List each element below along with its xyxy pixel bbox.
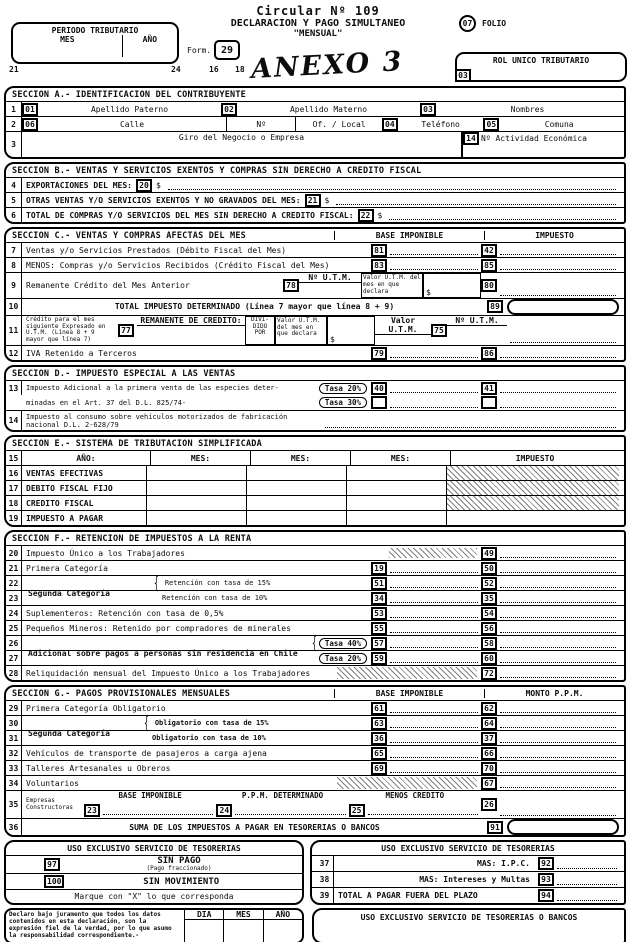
line-number: 39 bbox=[316, 888, 334, 903]
line-number: 38 bbox=[316, 872, 334, 887]
panel-title: USO EXCLUSIVO SERVICIO DE TESORERIAS bbox=[312, 842, 624, 855]
code-box: 78 bbox=[283, 279, 299, 292]
row-label: TOTAL DE COMPRAS Y/O SERVICIOS DEL MES S… bbox=[22, 210, 358, 221]
code-box: 92 bbox=[538, 857, 554, 870]
line-number: 35 bbox=[6, 791, 22, 818]
code-box: 36 bbox=[371, 732, 387, 745]
blocked-cell bbox=[389, 548, 477, 558]
entry-line[interactable] bbox=[557, 859, 617, 869]
base-entry-line[interactable] bbox=[390, 623, 478, 633]
entry-line[interactable] bbox=[325, 418, 617, 428]
line-number: 5 bbox=[6, 193, 22, 207]
field-apellido-paterno[interactable]: Apellido Paterno bbox=[38, 105, 221, 114]
code-box: 02 bbox=[221, 103, 237, 116]
period-mes-label[interactable]: MES bbox=[13, 35, 122, 57]
row-label-line2: minadas en el Art. 37 del D.L. 825/74- bbox=[22, 398, 319, 408]
code-box: 41 bbox=[481, 382, 497, 395]
code-box: 56 bbox=[481, 622, 497, 635]
section-b-title: SECCION B.- VENTAS Y SERVICIOS EXENTOS Y… bbox=[6, 164, 624, 177]
currency-sign: $ bbox=[321, 195, 334, 206]
section-c-title: SECCION C.- VENTAS Y COMPRAS AFECTAS DEL… bbox=[6, 229, 334, 242]
section-e-row-16: 16 VENTAS EFECTIVAS bbox=[6, 465, 624, 480]
section-a-title: SECCION A.- IDENTIFICACION DEL CONTRIBUY… bbox=[6, 88, 624, 101]
section-f-group-segunda: Segunda Categoría 22 { Retención con tas… bbox=[6, 575, 624, 605]
base-entry-line[interactable] bbox=[390, 608, 478, 618]
value-box[interactable] bbox=[371, 396, 387, 409]
line-number: 8 bbox=[6, 258, 22, 272]
line-number: 4 bbox=[6, 178, 22, 192]
row-label: IVA Retenido a Terceros bbox=[22, 348, 371, 359]
intereses-row: 38 MAS: Intereses y Multas 93 bbox=[312, 871, 624, 887]
impuesto-entry-line[interactable] bbox=[500, 260, 616, 270]
ipc-label: MAS: I.P.C. bbox=[334, 859, 538, 868]
date-cell-dia[interactable] bbox=[185, 920, 224, 942]
ipc-row: 37 MAS: I.P.C. 92 bbox=[312, 855, 624, 871]
base-entry-line[interactable] bbox=[390, 578, 478, 588]
section-f-row-23: 23 Retención con tasa de 10% 34 35 bbox=[6, 590, 624, 605]
row-label: Pequeños Mineros: Retenido por comprador… bbox=[22, 623, 371, 634]
section-e-row-19: 19 IMPUESTO A PAGAR bbox=[6, 510, 624, 525]
value-cell[interactable] bbox=[146, 481, 246, 495]
value-cell[interactable] bbox=[346, 481, 446, 495]
utm-value-note: Valor U.T.M. del mes en que declara bbox=[361, 273, 423, 298]
date-col-mes: MES bbox=[224, 910, 263, 919]
value-cell[interactable] bbox=[446, 511, 619, 525]
value-cell[interactable] bbox=[246, 466, 346, 480]
row-label: SUMA DE LOS IMPUESTOS A PAGAR EN TESORER… bbox=[22, 822, 487, 833]
tesoreria-left-panel: USO EXCLUSIVO SERVICIO DE TESORERIAS 97 … bbox=[4, 840, 304, 905]
entry-line[interactable] bbox=[510, 333, 616, 343]
section-g-row-30: 30 { Obligatorio con tasa de 15% 63 64 bbox=[6, 715, 624, 730]
section-c-row-7: 7 Ventas y/o Servicios Prestados (Débito… bbox=[6, 242, 624, 257]
code-box: 24 bbox=[216, 804, 232, 817]
row-label: Voluntarios bbox=[22, 778, 337, 789]
line-number: 1 bbox=[6, 102, 22, 116]
code-box: 34 bbox=[371, 592, 387, 605]
line-number: 7 bbox=[6, 243, 22, 257]
sin-movimiento-label[interactable]: SIN MOVIMIENTO bbox=[64, 877, 298, 887]
line-number: 37 bbox=[316, 856, 334, 871]
row-label: CREDITO FISCAL bbox=[22, 498, 146, 509]
row-label: Obligatorio con tasa de 15% bbox=[151, 718, 371, 728]
column-header-monto-ppm: MONTO P.P.M. bbox=[484, 689, 624, 698]
base-entry-line[interactable] bbox=[390, 733, 478, 743]
base-entry-line[interactable] bbox=[390, 638, 478, 648]
code-box: 75 bbox=[431, 324, 447, 337]
code-box: 65 bbox=[371, 747, 387, 760]
row-label: Suplementeros: Retención con tasa de 0,5… bbox=[22, 608, 371, 619]
monto-entry-line[interactable] bbox=[500, 806, 616, 816]
date-cell-ano[interactable] bbox=[264, 920, 302, 942]
section-f-row-24: 24 Suplementeros: Retención con tasa de … bbox=[6, 605, 624, 620]
code-box: 35 bbox=[481, 592, 497, 605]
impuesto-entry-line[interactable] bbox=[500, 638, 616, 648]
field-giro[interactable]: Giro del Negocio o Empresa bbox=[22, 132, 461, 142]
row-label: IMPUESTO A PAGAR bbox=[22, 513, 146, 524]
period-num-left: 21 bbox=[9, 65, 19, 74]
line-number: 34 bbox=[6, 776, 22, 790]
column-impuesto: IMPUESTO bbox=[450, 451, 619, 465]
utm-value-header[interactable]: Valor U.T.M. bbox=[375, 316, 431, 335]
section-g: SECCION G.- PAGOS PROVISIONALES MENSUALE… bbox=[4, 685, 626, 837]
value-cell[interactable] bbox=[346, 466, 446, 480]
form-num-right: 18 bbox=[235, 65, 245, 74]
total-plazo-label: TOTAL A PAGAR FUERA DEL PLAZO bbox=[334, 891, 538, 900]
line-number: 31 bbox=[6, 731, 22, 745]
total-plazo-row: 39 TOTAL A PAGAR FUERA DEL PLAZO 94 bbox=[312, 887, 624, 903]
monto-entry-line[interactable] bbox=[500, 733, 616, 743]
row-label: Talleres Artesanales u Obreros bbox=[22, 763, 371, 774]
code-box: 21 bbox=[305, 194, 321, 207]
blocked-cell bbox=[337, 777, 477, 789]
field-numero[interactable]: Nº bbox=[226, 117, 296, 131]
section-g-row-35: 35 Empresas Constructoras BASE IMPONIBLE… bbox=[6, 790, 624, 818]
section-a-row-3: 3 Giro del Negocio o Empresa 14 Nº Activ… bbox=[6, 131, 624, 157]
section-g-row-36: 36 SUMA DE LOS IMPUESTOS A PAGAR EN TESO… bbox=[6, 818, 624, 835]
utm-count-header[interactable]: Nº U.T.M. bbox=[447, 316, 507, 326]
section-f-row-21: 21 Primera Categoría 19 50 bbox=[6, 560, 624, 575]
monto-entry-line[interactable] bbox=[500, 763, 616, 773]
actividad-economica-label: Nº Actividad Económica bbox=[481, 132, 587, 143]
value-cell[interactable] bbox=[146, 496, 246, 510]
code-box: 64 bbox=[481, 717, 497, 730]
row-label: MENOS: Compras y/o Servicios Recibidos (… bbox=[22, 260, 371, 271]
section-e-row-18: 18 CREDITO FISCAL bbox=[6, 495, 624, 510]
impuesto-entry-line[interactable] bbox=[500, 623, 616, 633]
form-num-left: 16 bbox=[209, 65, 219, 74]
utm-value-cell[interactable]: $ bbox=[423, 273, 481, 298]
line-number: 9 bbox=[6, 273, 22, 298]
base-entry-line[interactable] bbox=[390, 398, 478, 408]
section-e-row-17: 17 DEBITO FISCAL FIJO bbox=[6, 480, 624, 495]
code-box: 70 bbox=[481, 762, 497, 775]
base-entry-line[interactable] bbox=[390, 383, 478, 393]
code-box: 23 bbox=[84, 804, 100, 817]
impuesto-entry-line[interactable] bbox=[500, 548, 616, 558]
section-g-group-segunda: Segunda Categoría 30 { Obligatorio con t… bbox=[6, 715, 624, 745]
column-ano: AÑO: bbox=[22, 454, 150, 463]
form-number-label: Form. bbox=[187, 46, 211, 55]
line-number: 10 bbox=[6, 299, 22, 315]
code-box: 25 bbox=[349, 804, 365, 817]
line-number: 26 bbox=[6, 636, 22, 650]
line-number: 30 bbox=[6, 716, 22, 730]
line-number: 21 bbox=[6, 561, 22, 575]
code-box: 89 bbox=[487, 300, 503, 313]
section-g-row-32: 32 Vehículos de transporte de pasajeros … bbox=[6, 745, 624, 760]
section-f-row-26: 26 { Tasa 40% 57 58 bbox=[6, 635, 624, 650]
actividad-economica-box[interactable]: 14 Nº Actividad Económica bbox=[461, 132, 619, 157]
impuesto-entry-line[interactable] bbox=[500, 348, 616, 358]
line-number: 3 bbox=[6, 132, 22, 157]
tesoreria-right-panel: USO EXCLUSIVO SERVICIO DE TESORERIAS 37 … bbox=[310, 840, 626, 905]
row-label: TOTAL IMPUESTO DETERMINADO (Línea 7 mayo… bbox=[22, 301, 487, 312]
date-cell-mes[interactable] bbox=[224, 920, 263, 942]
blocked-cell bbox=[337, 667, 477, 679]
line-number: 25 bbox=[6, 621, 22, 635]
form-header: PERIODO TRIBUTARIO MES AÑO 21 24 Form. 2… bbox=[3, 2, 627, 86]
field-calle[interactable]: Calle bbox=[38, 120, 226, 129]
code-box: 94 bbox=[538, 889, 554, 902]
bank-use-title: USO EXCLUSIVO SERVICIO DE TESORERIAS O B… bbox=[314, 910, 624, 925]
utm-value-cell[interactable]: $ bbox=[327, 316, 375, 346]
section-a-row-1: 1 01 Apellido Paterno 02 Apellido Matern… bbox=[6, 101, 624, 116]
section-g-row-33: 33 Talleres Artesanales u Obreros 69 70 bbox=[6, 760, 624, 775]
line-number: 18 bbox=[6, 496, 22, 510]
date-col-ano: AÑO bbox=[264, 910, 302, 919]
blocked-cell bbox=[446, 481, 619, 495]
section-d-row-13a: 13 Impuesto Adicional a la primera venta… bbox=[6, 380, 624, 395]
folio-code-circle: 07 bbox=[459, 15, 476, 32]
section-c-row-12: 12 IVA Retenido a Terceros 79 86 bbox=[6, 345, 624, 360]
base-entry-line[interactable] bbox=[390, 245, 478, 255]
value-cell[interactable] bbox=[246, 511, 346, 525]
monto-entry-line[interactable] bbox=[500, 778, 616, 788]
code-box: 53 bbox=[371, 607, 387, 620]
impuesto-entry-line[interactable] bbox=[500, 608, 616, 618]
date-table: DIA MES AÑO bbox=[184, 910, 302, 942]
code-box: 26 bbox=[481, 798, 497, 811]
base-entry-line[interactable] bbox=[103, 805, 213, 815]
code-box: 100 bbox=[44, 875, 64, 888]
blocked-cell bbox=[446, 466, 619, 480]
handwritten-annex: ANEXO 3 bbox=[250, 46, 404, 85]
impuesto-entry-line[interactable] bbox=[500, 286, 616, 296]
column-header-impuesto: IMPUESTO bbox=[484, 231, 624, 240]
code-box: 03 bbox=[420, 103, 436, 116]
line-number: 33 bbox=[6, 761, 22, 775]
utm-count-header[interactable]: Nº U.T.M. bbox=[299, 273, 361, 283]
column-mes-1: MES: bbox=[150, 451, 250, 465]
dividido-por-cell: DIVI- DIDO POR bbox=[245, 316, 275, 346]
section-d: SECCION D.- IMPUESTO ESPECIAL A LAS VENT… bbox=[4, 365, 626, 432]
tesoreria-panels: USO EXCLUSIVO SERVICIO DE TESORERIAS 97 … bbox=[4, 840, 626, 905]
code-box: 91 bbox=[487, 821, 503, 834]
period-box: PERIODO TRIBUTARIO MES AÑO bbox=[11, 22, 179, 64]
code-box: 69 bbox=[371, 762, 387, 775]
line-number: 20 bbox=[6, 546, 22, 560]
code-box: 62 bbox=[481, 702, 497, 715]
impuesto-entry-line[interactable] bbox=[500, 653, 616, 663]
section-e-header-row: 15 AÑO: MES: MES: MES: IMPUESTO bbox=[6, 450, 624, 465]
code-box: 85 bbox=[481, 259, 497, 272]
impuesto-entry-line[interactable] bbox=[500, 563, 616, 573]
mark-x-note: Marque con "X" lo que corresponda bbox=[6, 889, 302, 902]
subcol-base-imponible: BASE IMPONIBLE bbox=[84, 791, 216, 800]
value-cell[interactable] bbox=[146, 511, 246, 525]
section-c: SECCION C.- VENTAS Y COMPRAS AFECTAS DEL… bbox=[4, 227, 626, 362]
section-g-row-31: 31 Obligatorio con tasa de 10% 36 37 bbox=[6, 730, 624, 745]
form-titles: Circular Nº 109 DECLARACION Y PAGO SIMUL… bbox=[203, 4, 433, 39]
currency-sign: $ bbox=[426, 288, 431, 297]
code-box: 93 bbox=[538, 873, 554, 886]
section-f-title: SECCION F.- RETENCION DE IMPUESTOS A LA … bbox=[6, 532, 624, 545]
section-d-title: SECCION D.- IMPUESTO ESPECIAL A LAS VENT… bbox=[6, 367, 624, 380]
code-box: 05 bbox=[483, 118, 499, 131]
monto-entry-line[interactable] bbox=[500, 703, 616, 713]
folio-label: FOLIO bbox=[482, 19, 506, 28]
section-c-row-11: 11 Crédito para el mes siguiente Expresa… bbox=[6, 315, 624, 346]
section-c-row-8: 8 MENOS: Compras y/o Servicios Recibidos… bbox=[6, 257, 624, 272]
line-number: 6 bbox=[6, 208, 22, 222]
code-box: 54 bbox=[481, 607, 497, 620]
credito-entry-line[interactable] bbox=[368, 805, 478, 815]
field-of-local[interactable]: Of. / Local bbox=[296, 120, 381, 129]
value-cell[interactable] bbox=[346, 511, 446, 525]
row-label: Impuesto al consumo sobre vehículos moto… bbox=[22, 412, 322, 430]
field-comuna[interactable]: Comuna bbox=[499, 120, 619, 129]
impuesto-entry-line[interactable] bbox=[500, 245, 616, 255]
impuesto-entry-line[interactable] bbox=[500, 383, 616, 393]
section-f-row-20: 20 Impuesto Único a los Trabajadores 49 bbox=[6, 545, 624, 560]
row-label: Impuesto Único a los Trabajadores bbox=[22, 548, 389, 559]
value-box[interactable] bbox=[481, 396, 497, 409]
code-box: 14 bbox=[463, 132, 479, 145]
date-col-dia: DIA bbox=[185, 910, 224, 919]
code-box: 51 bbox=[371, 577, 387, 590]
section-b-row-6: 6 TOTAL DE COMPRAS Y/O SERVICIOS DEL MES… bbox=[6, 207, 624, 222]
intereses-label: MAS: Intereses y Multas bbox=[334, 875, 538, 884]
base-entry-line[interactable] bbox=[390, 593, 478, 603]
section-g-title: SECCION G.- PAGOS PROVISIONALES MENSUALE… bbox=[6, 687, 334, 700]
base-entry-line[interactable] bbox=[390, 260, 478, 270]
total-capsule[interactable] bbox=[507, 819, 619, 835]
row-label: VENTAS EFECTIVAS bbox=[22, 468, 146, 479]
line-number: 2 bbox=[6, 117, 22, 131]
value-cell[interactable] bbox=[346, 496, 446, 510]
form-page: PERIODO TRIBUTARIO MES AÑO 21 24 Form. 2… bbox=[0, 0, 630, 942]
code-box: 80 bbox=[481, 279, 497, 292]
row-label: OTRAS VENTAS Y/O SERVICIOS EXENTOS Y NO … bbox=[22, 195, 305, 206]
subcol-menos-credito: MENOS CREDITO bbox=[349, 791, 481, 800]
value-cell[interactable] bbox=[146, 466, 246, 480]
row-label: Retención con tasa de 10% bbox=[158, 593, 371, 603]
value-cell[interactable] bbox=[246, 496, 346, 510]
total-capsule[interactable] bbox=[507, 299, 619, 315]
code-box: 19 bbox=[371, 562, 387, 575]
monto-entry-line[interactable] bbox=[500, 748, 616, 758]
line-number: 32 bbox=[6, 746, 22, 760]
tasa-20-label: Tasa 20% bbox=[319, 383, 367, 394]
form-title-line3: "MENSUAL" bbox=[203, 29, 433, 39]
rut-code-box: 03 bbox=[455, 69, 471, 82]
form-title-line1: Circular Nº 109 bbox=[203, 4, 433, 18]
row-label: DEBITO FISCAL FIJO bbox=[22, 483, 146, 494]
section-f-row-22: 22 { Retención con tasa de 15% 51 52 bbox=[6, 575, 624, 590]
column-header-base-imponible: BASE IMPONIBLE bbox=[334, 231, 484, 240]
code-box: 59 bbox=[371, 652, 387, 665]
row-label-line1: Impuesto Adicional a la primera venta de… bbox=[22, 383, 319, 393]
tasa-20-label: Tasa 20% bbox=[319, 653, 367, 664]
line-number: 23 bbox=[6, 591, 22, 605]
line-number: 29 bbox=[6, 701, 22, 715]
section-b-row-5: 5 OTRAS VENTAS Y/O SERVICIOS EXENTOS Y N… bbox=[6, 192, 624, 207]
code-box: 61 bbox=[371, 702, 387, 715]
impuesto-entry-line[interactable] bbox=[500, 668, 616, 678]
tasa-40-label: Tasa 40% bbox=[319, 638, 367, 649]
form-title-line2: DECLARACION Y PAGO SIMULTANEO bbox=[203, 18, 433, 29]
line-number: 11 bbox=[6, 316, 22, 346]
section-f-row-27: 27 Tasa 20% 59 60 bbox=[6, 650, 624, 665]
base-entry-line[interactable] bbox=[390, 348, 478, 358]
sin-movimiento-row: 100 SIN MOVIMIENTO bbox=[6, 873, 302, 889]
entry-line[interactable] bbox=[557, 875, 617, 885]
monto-entry-line[interactable] bbox=[500, 718, 616, 728]
code-box: 57 bbox=[371, 637, 387, 650]
amount-entry-line[interactable] bbox=[168, 180, 616, 190]
base-entry-line[interactable] bbox=[390, 718, 478, 728]
impuesto-entry-line[interactable] bbox=[500, 578, 616, 588]
utm-value-note: Valor U.T.M. del mes en que declara bbox=[275, 316, 327, 346]
base-entry-line[interactable] bbox=[390, 763, 478, 773]
section-d-row-14: 14 Impuesto al consumo sobre vehículos m… bbox=[6, 410, 624, 430]
row-label: Reliquidación mensual del Impuesto Único… bbox=[22, 668, 337, 679]
code-box: 40 bbox=[371, 382, 387, 395]
row-label: EXPORTACIONES DEL MES: bbox=[22, 180, 136, 191]
ppm-entry-line[interactable] bbox=[235, 805, 345, 815]
row-label: Vehículos de transporte de pasajeros a c… bbox=[22, 748, 371, 759]
line-number: 16 bbox=[6, 466, 22, 480]
code-box: 81 bbox=[371, 244, 387, 257]
column-header-base-imponible: BASE IMPONIBLE bbox=[334, 689, 484, 698]
section-f-group-adicional: Adicional sobre pagos a personas sin res… bbox=[6, 635, 624, 665]
row-label: Ventas y/o Servicios Prestados (Débito F… bbox=[22, 245, 371, 256]
period-num-right: 24 bbox=[171, 65, 181, 74]
field-apellido-materno[interactable]: Apellido Materno bbox=[237, 105, 420, 114]
section-b: SECCION B.- VENTAS Y SERVICIOS EXENTOS Y… bbox=[4, 162, 626, 224]
code-box: 79 bbox=[371, 347, 387, 360]
base-entry-line[interactable] bbox=[390, 653, 478, 663]
code-box: 50 bbox=[481, 562, 497, 575]
section-e-title: SECCION E.- SISTEMA DE TRIBUTACION SIMPL… bbox=[6, 437, 624, 450]
remanente-header: REMANENTE DE CREDITO: bbox=[137, 316, 245, 326]
rut-box[interactable]: ROL UNICO TRIBUTARIO 03 bbox=[455, 52, 627, 82]
section-b-row-4: 4 EXPORTACIONES DEL MES: 20 $ bbox=[6, 177, 624, 192]
period-ano-label[interactable]: AÑO bbox=[122, 35, 177, 57]
amount-entry-line[interactable] bbox=[389, 210, 616, 220]
field-telefono[interactable]: Teléfono bbox=[398, 120, 483, 129]
impuesto-entry-line[interactable] bbox=[500, 398, 616, 408]
code-box: 04 bbox=[382, 118, 398, 131]
value-cell[interactable] bbox=[246, 481, 346, 495]
line-number: 22 bbox=[6, 576, 22, 590]
section-g-row-34: 34 Voluntarios 67 bbox=[6, 775, 624, 790]
row-label: Remanente Crédito del Mes Anterior bbox=[22, 280, 283, 291]
line-number: 24 bbox=[6, 606, 22, 620]
section-a-row-2: 2 06 Calle Nº Of. / Local 04 Teléfono 05… bbox=[6, 116, 624, 131]
entry-line[interactable] bbox=[557, 891, 617, 901]
bank-use-box: USO EXCLUSIVO SERVICIO DE TESORERIAS O B… bbox=[312, 908, 626, 942]
currency-sign: $ bbox=[330, 335, 335, 344]
subcol-ppm-determinado: P.P.M. DETERMINADO bbox=[216, 791, 348, 800]
field-nombres[interactable]: Nombres bbox=[436, 105, 619, 114]
row-label: Obligatorio con tasa de 10% bbox=[148, 733, 371, 743]
base-entry-line[interactable] bbox=[390, 563, 478, 573]
sin-pago-row: 97 SIN PAGO (Pago fraccionado) bbox=[6, 855, 302, 873]
section-c-row-9: 9 Remanente Crédito del Mes Anterior 78 … bbox=[6, 272, 624, 298]
panel-title: USO EXCLUSIVO SERVICIO DE TESORERIAS bbox=[6, 842, 302, 855]
tasa-30-label: Tasa 30% bbox=[319, 397, 367, 408]
amount-entry-line[interactable] bbox=[336, 195, 616, 205]
code-box: 77 bbox=[118, 324, 134, 337]
line-number: 15 bbox=[6, 451, 22, 465]
code-box: 66 bbox=[481, 747, 497, 760]
code-box: 49 bbox=[481, 547, 497, 560]
code-box: 58 bbox=[481, 637, 497, 650]
base-entry-line[interactable] bbox=[390, 703, 478, 713]
base-entry-line[interactable] bbox=[390, 748, 478, 758]
impuesto-entry-line[interactable] bbox=[500, 593, 616, 603]
